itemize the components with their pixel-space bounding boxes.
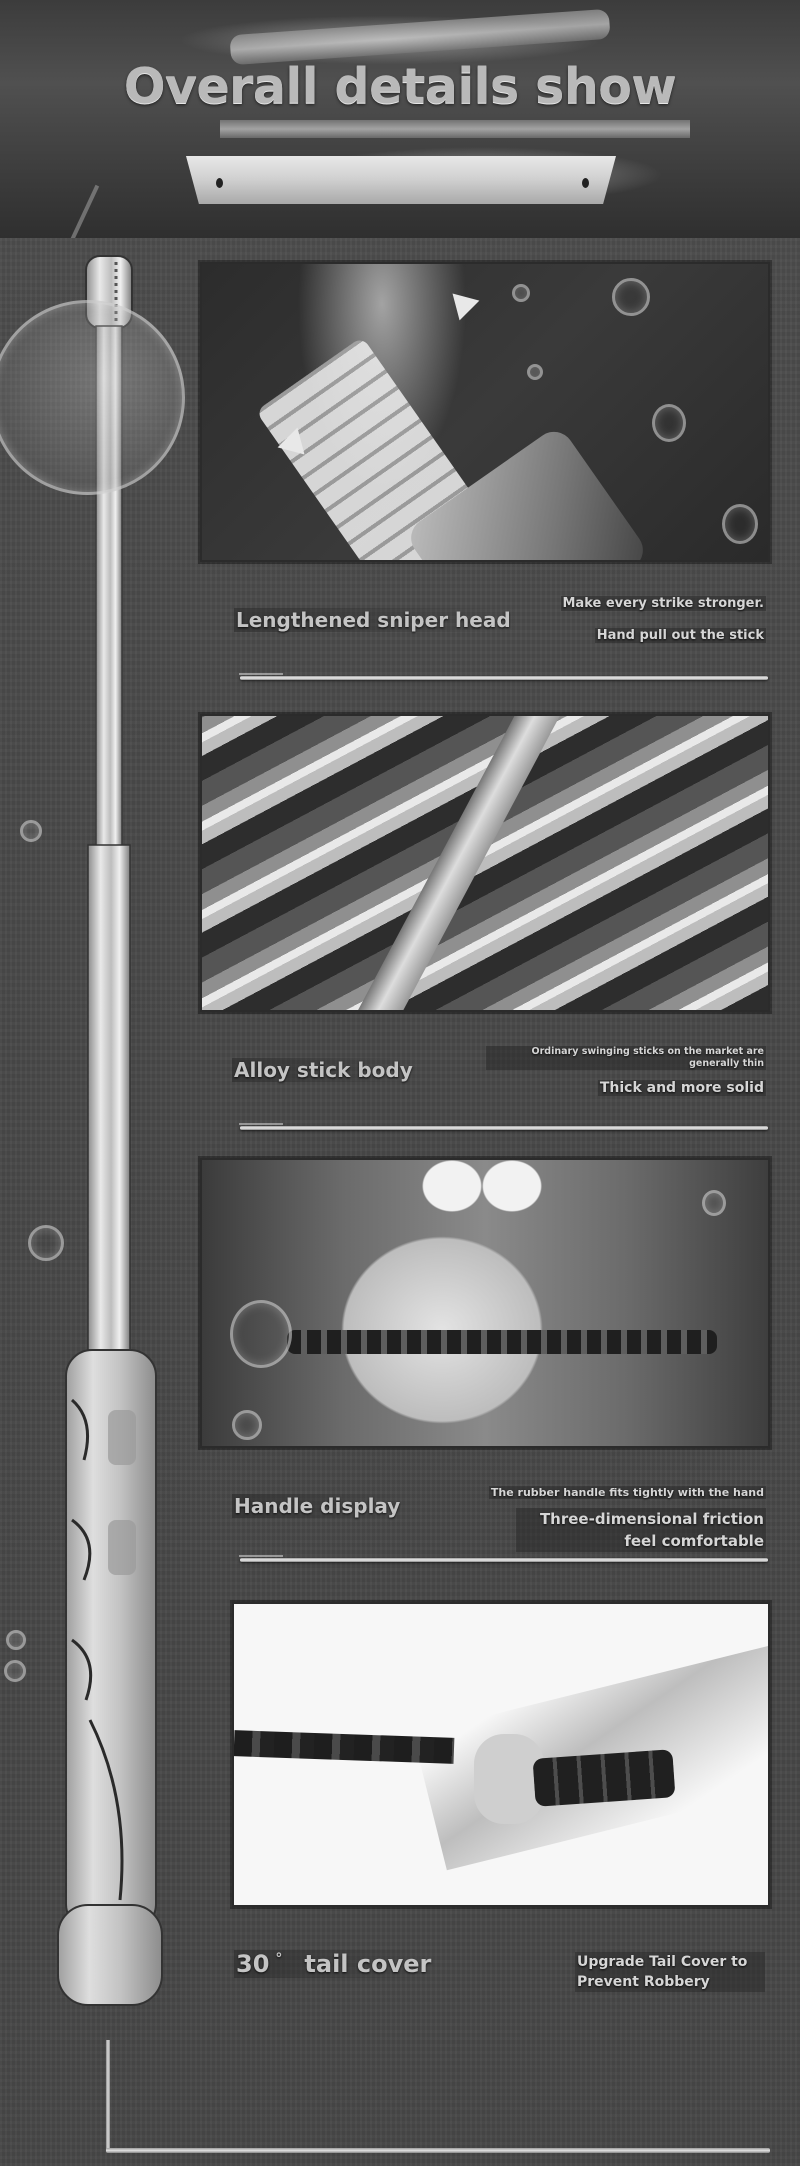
plate-hole-icon — [216, 178, 223, 188]
bubble-decor — [232, 1410, 262, 1440]
note-text: Three-dimensional friction feel comforta… — [516, 1508, 766, 1552]
header-decor-strut — [45, 185, 99, 238]
section-title-handle: Handle display — [232, 1494, 408, 1518]
section-note: Thick and more solid — [598, 1080, 766, 1096]
plate-hole-icon — [582, 178, 589, 188]
bubble-decor — [230, 1300, 292, 1368]
header-decor-bar — [220, 120, 690, 138]
note-text: Upgrade Tail Cover to Prevent Robbery — [575, 1952, 765, 1992]
header-banner: Overall details show — [0, 0, 800, 238]
note-text: Ordinary swinging sticks on the market a… — [486, 1046, 766, 1070]
bubble-decor — [527, 364, 543, 380]
section-image-tail-cover — [232, 1602, 770, 1907]
section-image-sniper-head — [200, 262, 770, 562]
bottom-bracket-divider — [106, 2148, 770, 2153]
face-mask-shape — [422, 1160, 542, 1220]
section-divider — [240, 1126, 768, 1130]
bubble-decor — [612, 278, 650, 316]
bubble-decor — [512, 284, 530, 302]
section-image-handle — [200, 1158, 770, 1448]
baton-handle-shape — [287, 1330, 717, 1354]
header-decor-bar — [229, 9, 610, 65]
arrow-up-icon — [443, 284, 480, 321]
page-title: Overall details show — [0, 58, 800, 115]
section-note: Make every strike stronger. — [561, 596, 767, 611]
bubble-decor — [652, 404, 686, 442]
section-title-sniper-head: Lengthened sniper head — [234, 608, 519, 632]
section-divider — [240, 676, 768, 680]
header-metal-plate — [186, 156, 616, 204]
tail-cover-label: tail cover — [304, 1950, 431, 1978]
note-text: Hand pull out the stick — [595, 628, 766, 643]
degree-symbol: ° — [275, 1951, 282, 1967]
section-divider — [240, 1558, 768, 1562]
tail-angle-value: 30 — [236, 1950, 269, 1978]
section-note: Three-dimensional friction feel comforta… — [516, 1508, 766, 1552]
section-note: Upgrade Tail Cover to Prevent Robbery — [575, 1952, 765, 1992]
bubble-decor — [702, 1190, 726, 1216]
section-title-tail-cover: 30°tail cover — [234, 1950, 439, 1978]
section-note: The rubber handle fits tightly with the … — [489, 1486, 766, 1499]
note-text: Thick and more solid — [598, 1080, 766, 1096]
alloy-rod-shape — [340, 714, 563, 1012]
section-note: Ordinary swinging sticks on the market a… — [486, 1046, 766, 1070]
section-title-alloy-body: Alloy stick body — [232, 1058, 421, 1082]
person-figure — [292, 1180, 592, 1448]
section-image-alloy-body — [200, 714, 770, 1012]
baton-grip-shape — [532, 1749, 675, 1807]
note-text: Make every strike stronger. — [561, 596, 767, 611]
bubble-decor — [722, 504, 758, 544]
bottom-bracket-vertical — [106, 2040, 110, 2150]
section-note: Hand pull out the stick — [595, 628, 766, 643]
note-text: The rubber handle fits tightly with the … — [489, 1486, 766, 1499]
